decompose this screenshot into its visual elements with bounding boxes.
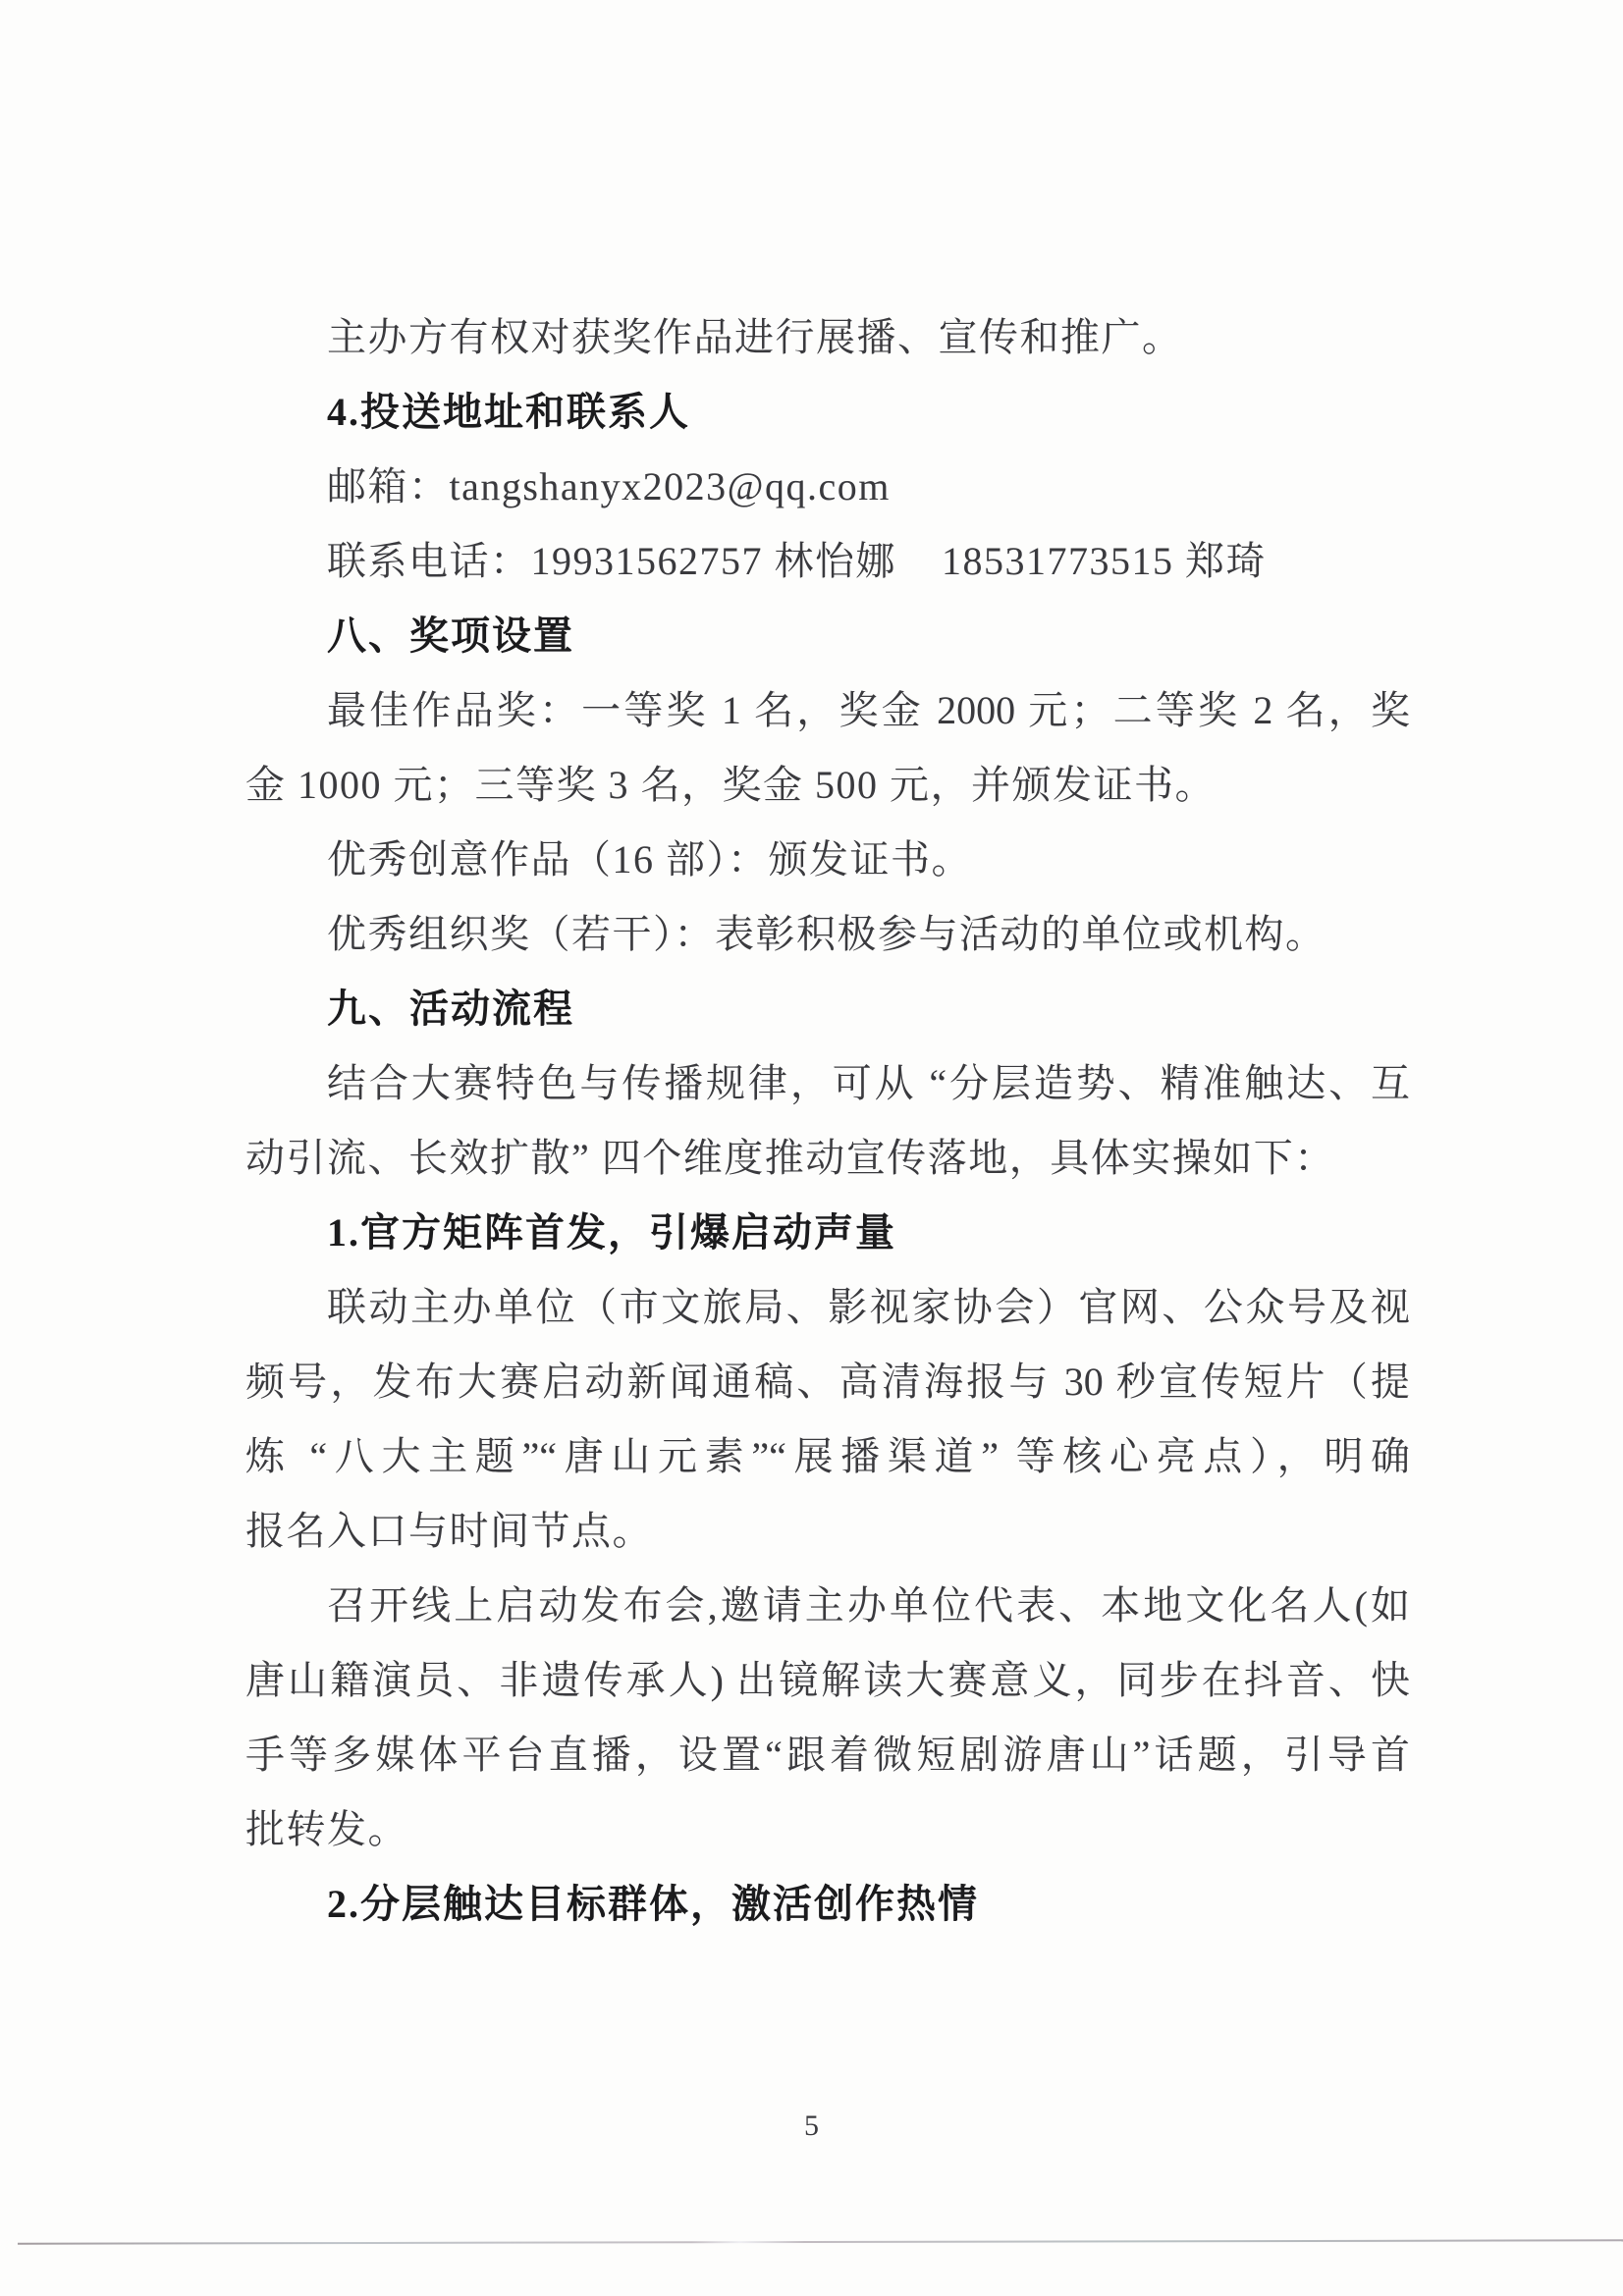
paragraph-line: 优秀创意作品（16 部）：颁发证书。 <box>245 823 1410 897</box>
paragraph-line: 最佳作品奖：一等奖 1 名，奖金 2000 元；二等奖 2 名，奖 <box>245 673 1410 748</box>
heading-activity-flow: 九、活动流程 <box>245 972 1410 1046</box>
paragraph-line: 频号，发布大赛启动新闻通稿、高清海报与 30 秒宣传短片（提 <box>245 1345 1410 1419</box>
paragraph-line: 召开线上启动发布会,邀请主办单位代表、本地文化名人(如 <box>245 1569 1410 1643</box>
heading-step-1: 1.官方矩阵首发，引爆启动声量 <box>245 1196 1410 1270</box>
page-number: 5 <box>0 2109 1623 2144</box>
paragraph-line: 炼 “八大主题”“唐山元素”“展播渠道” 等核心亮点），明确 <box>245 1419 1410 1494</box>
paragraph-line: 优秀组织奖（若干）：表彰积极参与活动的单位或机构。 <box>245 897 1410 972</box>
paragraph-line: 联动主办单位（市文旅局、影视家协会）官网、公众号及视 <box>245 1270 1410 1345</box>
document-body: 主办方有权对获奖作品进行展播、宣传和推广。4.投送地址和联系人邮箱：tangsh… <box>245 300 1410 1942</box>
heading-submit-address: 4.投送地址和联系人 <box>245 375 1410 450</box>
email-line: 邮箱：tangshanyx2023@qq.com <box>245 450 1410 524</box>
scan-artifact-line <box>18 2239 1623 2244</box>
paragraph-line: 主办方有权对获奖作品进行展播、宣传和推广。 <box>245 300 1410 375</box>
paragraph-line: 批转发。 <box>245 1792 1410 1867</box>
paragraph-line: 唐山籍演员、非遗传承人) 出镜解读大赛意义，同步在抖音、快 <box>245 1643 1410 1718</box>
paragraph-line: 报名入口与时间节点。 <box>245 1494 1410 1569</box>
heading-awards: 八、奖项设置 <box>245 599 1410 673</box>
phone-line: 联系电话：19931562757 林怡娜 18531773515 郑琦 <box>245 524 1410 599</box>
document-page: 主办方有权对获奖作品进行展播、宣传和推广。4.投送地址和联系人邮箱：tangsh… <box>0 0 1623 2296</box>
paragraph-line: 结合大赛特色与传播规律，可从 “分层造势、精准触达、互 <box>245 1046 1410 1121</box>
paragraph-line: 动引流、长效扩散” 四个维度推动宣传落地，具体实操如下： <box>245 1121 1410 1196</box>
paragraph-line: 手等多媒体平台直播，设置“跟着微短剧游唐山”话题，引导首 <box>245 1718 1410 1792</box>
paragraph-line: 金 1000 元；三等奖 3 名，奖金 500 元，并颁发证书。 <box>245 748 1410 823</box>
heading-step-2: 2.分层触达目标群体，激活创作热情 <box>245 1867 1410 1942</box>
